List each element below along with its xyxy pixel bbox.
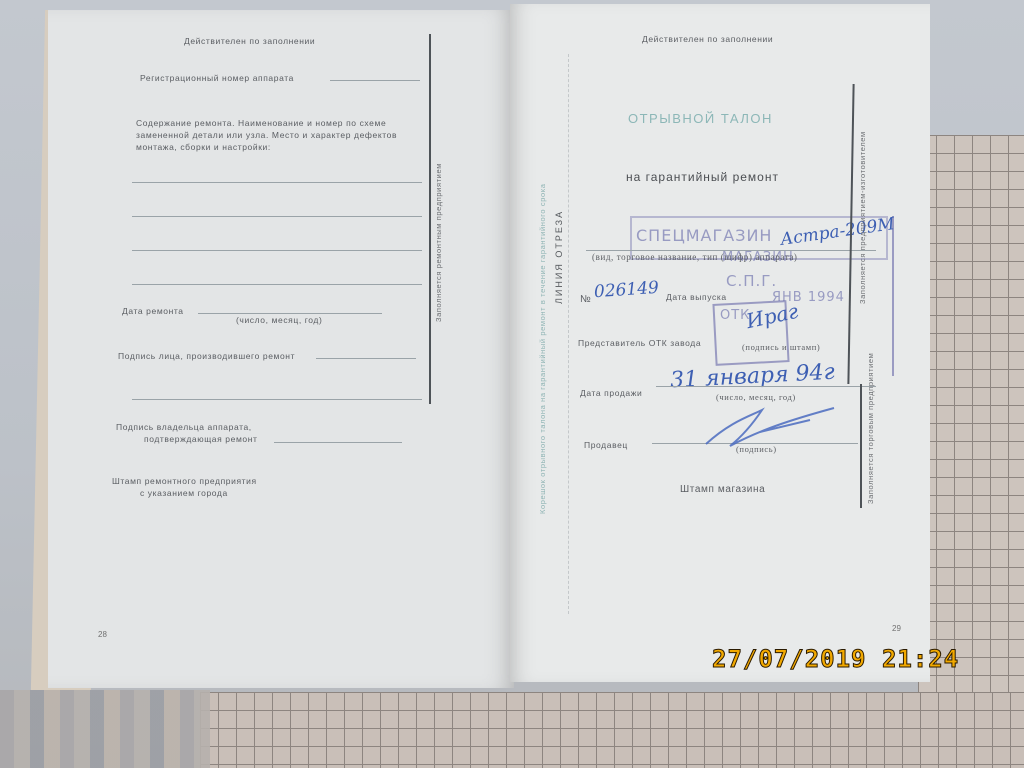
cut-line[interactable] bbox=[568, 54, 570, 614]
model-field[interactable] bbox=[586, 250, 876, 251]
shop-stamp-city: С.П.Г. bbox=[726, 272, 777, 290]
right-side-vertical-text-bottom: Заполняется торговым предприятием bbox=[866, 353, 875, 504]
right-page: Действителен по заполнении Корешок отрыв… bbox=[510, 4, 930, 682]
repair-content-line-3[interactable] bbox=[132, 250, 422, 251]
owner-signature-label-2: подтверждающая ремонт bbox=[144, 434, 258, 444]
reg-number-label: Регистрационный номер аппарата bbox=[140, 73, 294, 83]
seller-label: Продавец bbox=[584, 440, 628, 450]
repairer-signature-field[interactable] bbox=[316, 358, 416, 359]
release-date-label: Дата выпуска bbox=[666, 292, 727, 302]
repairer-signature-label: Подпись лица, производившего ремонт bbox=[118, 351, 295, 361]
graph-paper-right bbox=[918, 135, 1024, 695]
left-side-divider bbox=[429, 34, 431, 404]
right-header: Действителен по заполнении bbox=[642, 34, 773, 44]
repair-content-line-2[interactable] bbox=[132, 216, 422, 217]
right-side-vertical-text-top: Заполняется предприятием-изготовителем bbox=[858, 131, 867, 304]
graph-paper-bottom bbox=[200, 692, 1024, 768]
repair-date-label: Дата ремонта bbox=[122, 306, 184, 316]
blurred-region bbox=[0, 690, 210, 768]
seller-hint: (подпись) bbox=[736, 444, 777, 454]
coupon-subtitle: на гарантийный ремонт bbox=[626, 170, 779, 184]
repairer-extra-line[interactable] bbox=[132, 399, 422, 400]
repair-date-hint: (число, месяц, год) bbox=[236, 315, 322, 325]
left-page: Действителен по заполнении Регистрационн… bbox=[48, 10, 514, 688]
left-page-number: 28 bbox=[98, 630, 107, 639]
repair-content-label-2: замененной детали или узла. Место и хара… bbox=[136, 130, 397, 140]
repair-content-label-3: монтажа, сборки и настройки: bbox=[136, 142, 271, 152]
left-side-vertical-text: Заполняется ремонтным предприятием bbox=[434, 163, 443, 322]
sale-date-field[interactable] bbox=[656, 386, 876, 387]
stamp-edge bbox=[874, 216, 894, 376]
repair-stamp-label-1: Штамп ремонтного предприятия bbox=[112, 476, 257, 486]
owner-signature-label-1: Подпись владельца аппарата, bbox=[116, 422, 252, 432]
right-side-divider-bottom bbox=[860, 384, 862, 508]
sale-date-handwritten: 31 января 94г bbox=[669, 360, 835, 394]
otk-hint: (подпись и штамп) bbox=[742, 342, 820, 352]
right-page-number: 29 bbox=[892, 624, 901, 633]
repair-content-line-1[interactable] bbox=[132, 182, 422, 183]
model-hint: (вид, торговое название, тип (шифр) аппа… bbox=[592, 252, 798, 262]
number-label: № bbox=[580, 294, 591, 305]
coupon-title: ОТРЫВНОЙ ТАЛОН bbox=[628, 111, 773, 126]
cut-line-text: ЛИНИЯ ОТРЕЗА bbox=[554, 210, 564, 304]
sale-date-hint: (число, месяц, год) bbox=[716, 392, 796, 402]
camera-timestamp: 27/07/2019 21:24 bbox=[712, 645, 959, 673]
otk-label: Представитель ОТК завода bbox=[578, 338, 701, 348]
repair-content-label-1: Содержание ремонта. Наименование и номер… bbox=[136, 118, 386, 128]
repair-date-field[interactable] bbox=[198, 313, 382, 314]
repair-content-line-4[interactable] bbox=[132, 284, 422, 285]
shop-stamp-text: СПЕЦМАГАЗИН bbox=[636, 226, 772, 245]
stub-vertical-text: Корешок отрывного талона на гарантийный … bbox=[538, 183, 547, 514]
reg-number-field[interactable] bbox=[330, 80, 420, 81]
owner-signature-field[interactable] bbox=[274, 442, 402, 443]
left-header: Действителен по заполнении bbox=[184, 36, 315, 46]
shop-stamp-label: Штамп магазина bbox=[680, 484, 765, 495]
repair-stamp-label-2: с указанием города bbox=[140, 488, 228, 498]
number-handwritten: 026149 bbox=[593, 278, 659, 302]
sale-date-label: Дата продажи bbox=[580, 388, 642, 398]
